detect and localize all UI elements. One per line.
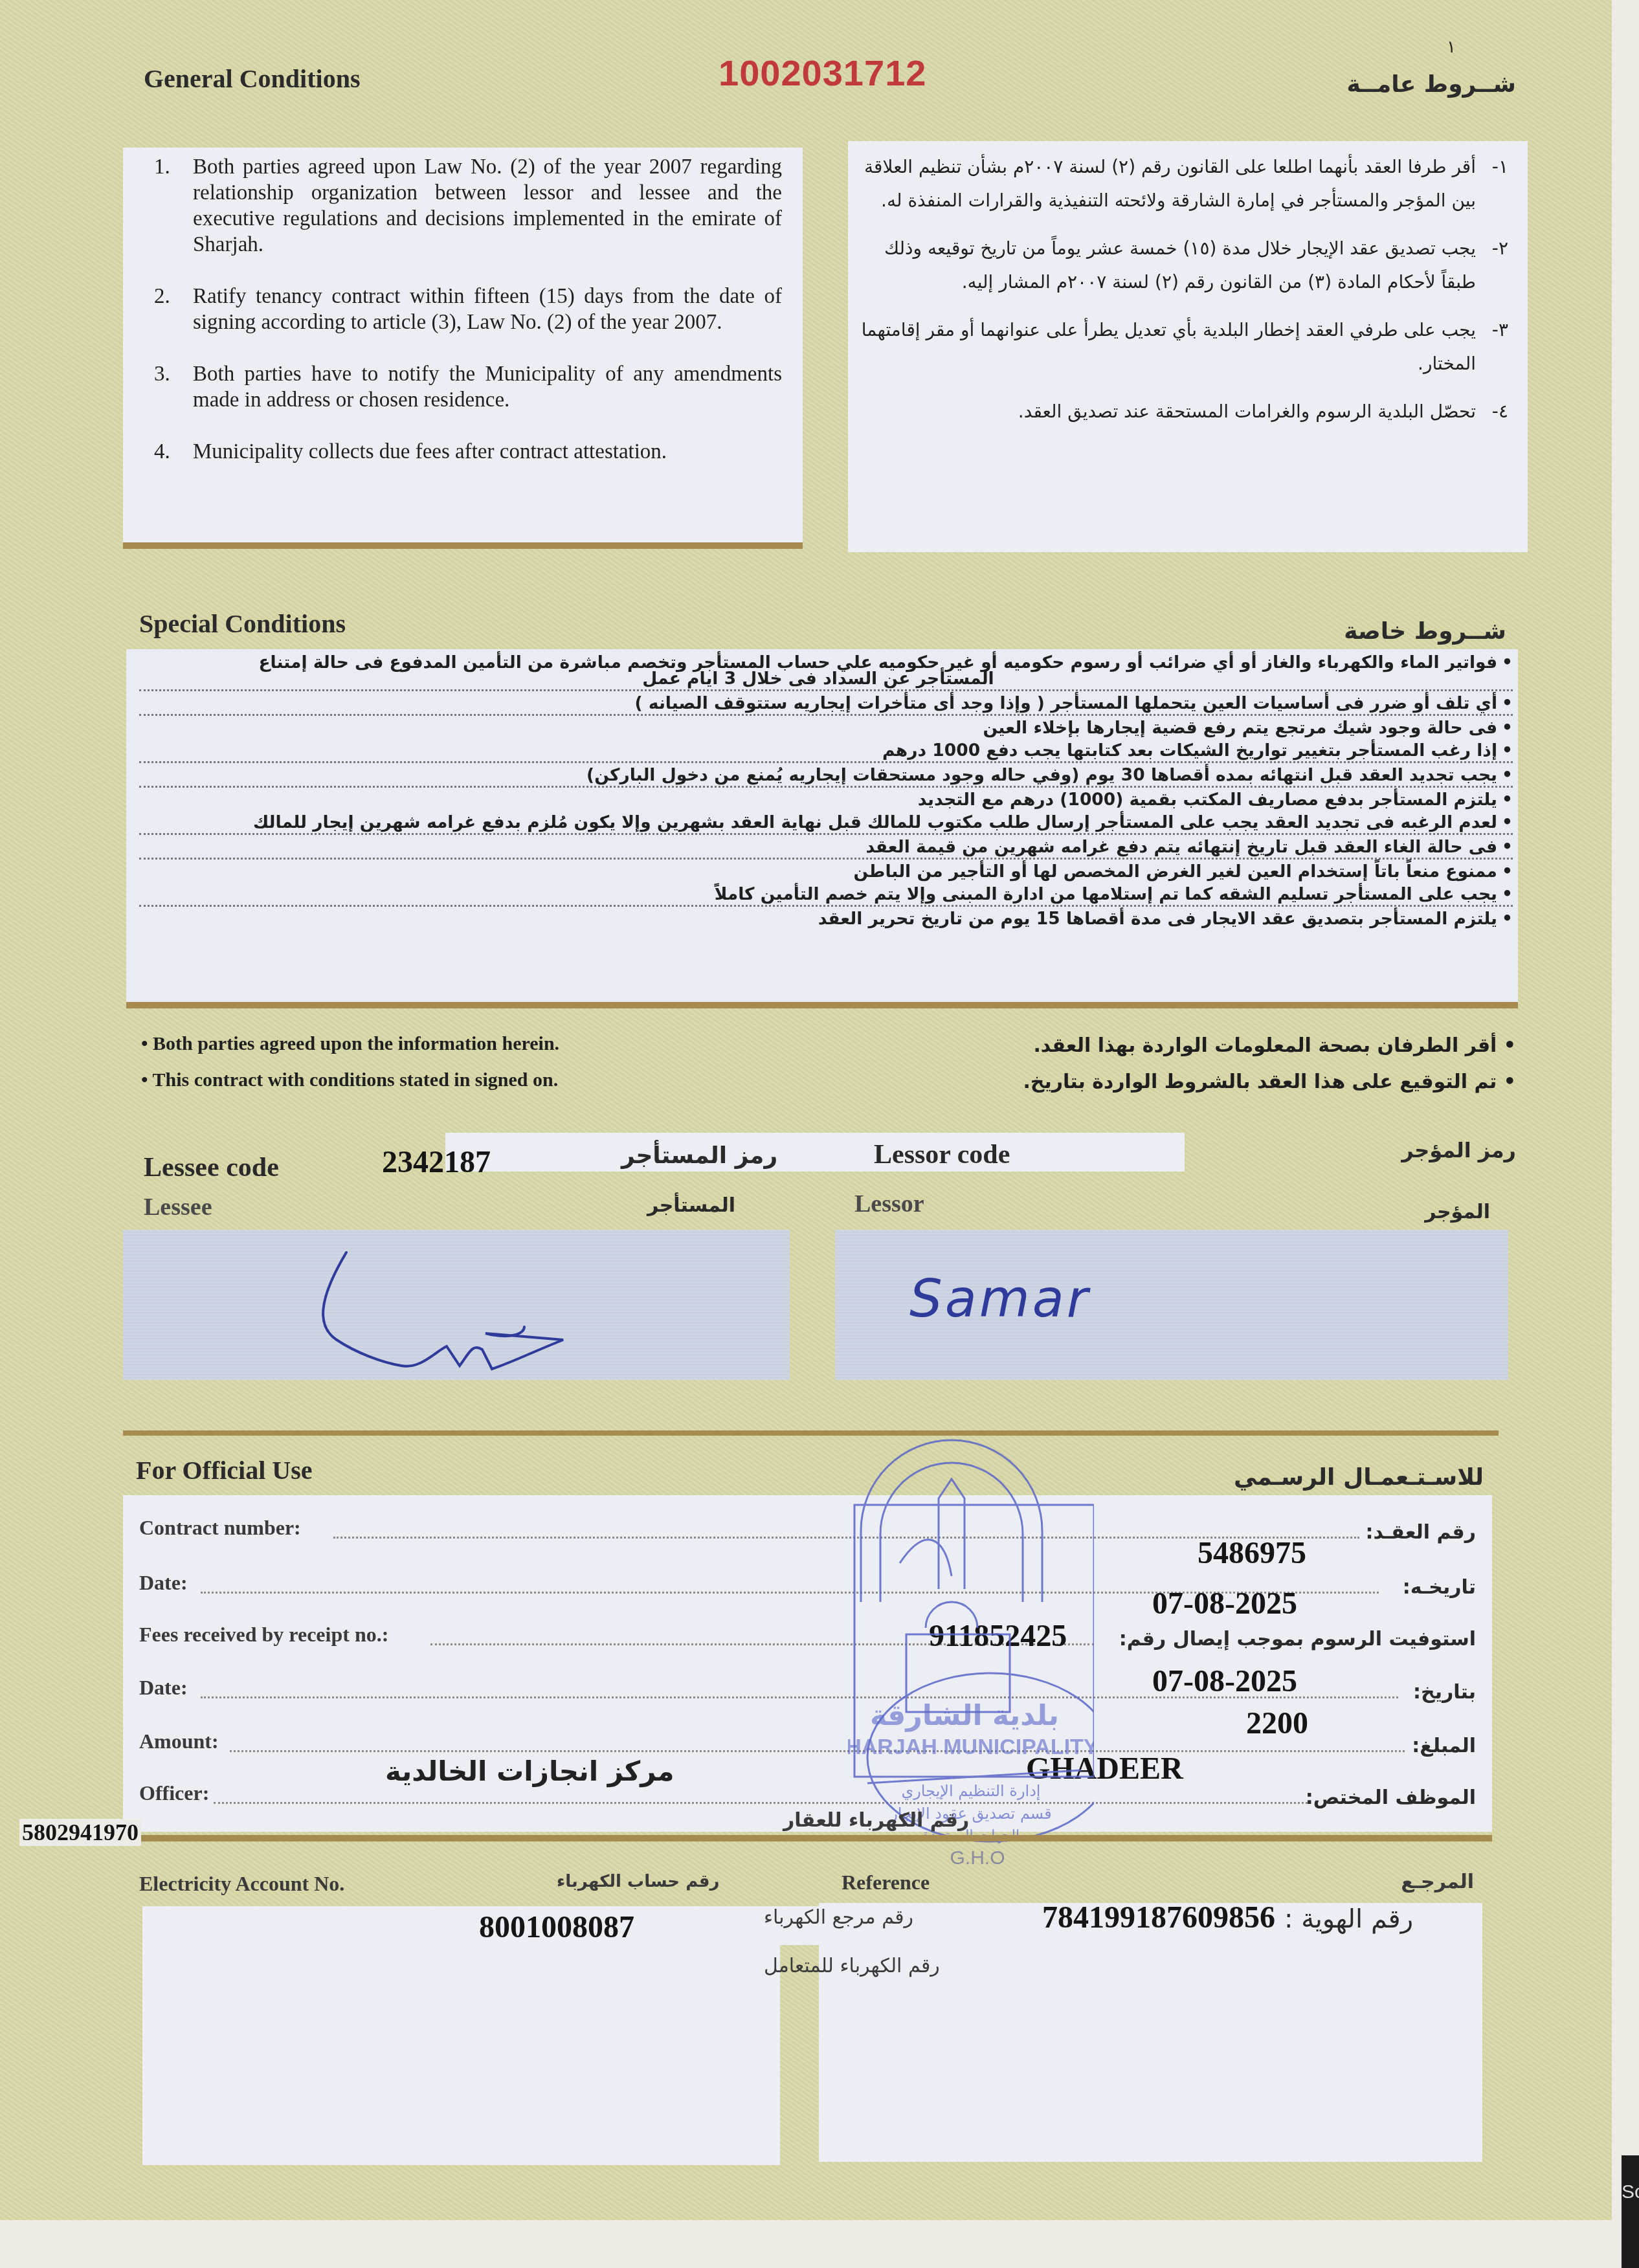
lessor-code-label-ar: رمز المؤجر <box>1401 1138 1516 1162</box>
reference-label-ar: المرجـع <box>1401 1871 1474 1893</box>
fees-date-label-en: Date: <box>139 1676 188 1700</box>
reference-label-en: Reference <box>842 1871 930 1895</box>
cutoff-text: Sc <box>1622 2181 1639 2203</box>
contract-number-label-en: Contract number: <box>139 1516 301 1540</box>
official-use-title-ar: للاسـتـعمـال الرسـمي <box>1234 1464 1484 1491</box>
lessor-code-label-en: Lessor code <box>874 1139 1010 1170</box>
special-condition-item: فى حالة وجود شيك مرتجع يتم رفع قضية إيجا… <box>139 716 1513 739</box>
special-conditions-list: فواتير الماء والكهرباء والغاز أو أي ضرائ… <box>126 649 1518 929</box>
lessee-signature-box[interactable] <box>123 1230 790 1380</box>
officer-center-value[interactable]: مركز انجازات الخالدية <box>385 1755 674 1787</box>
general-condition-ar-item: ١-أقر طرفا العقد بأنهما اطلعا على القانو… <box>861 150 1508 217</box>
fees-receipt-row: Fees received by receipt no.: استوفيت ال… <box>139 1618 1476 1651</box>
svg-text:SHARJAH MUNICIPALITY: SHARJAH MUNICIPALITY <box>848 1735 1094 1759</box>
serial-number: 1002031712 <box>719 52 926 94</box>
special-condition-item: فواتير الماء والكهرباء والغاز أو أي ضرائ… <box>139 650 1513 691</box>
customer-electricity-label-ar: رقم الكهرباء للمتعامل <box>764 1955 940 1977</box>
background-object: Sc <box>1622 2155 1639 2268</box>
general-conditions-title-en: General Conditions <box>144 63 360 94</box>
corner-mark: ١ <box>1447 38 1456 57</box>
special-conditions-title-ar: شــروط خاصة <box>1344 618 1506 645</box>
electricity-account-value[interactable]: 8001008087 <box>479 1909 634 1945</box>
fees-receipt-label-ar: استوفيت الرسوم بموجب إيصال رقم: <box>1119 1628 1476 1651</box>
svg-text:بلدية الشارقة: بلدية الشارقة <box>870 1699 1059 1732</box>
sharjah-municipality-stamp-icon: بلدية الشارقة SHARJAH MUNICIPALITY إدارة… <box>848 1421 1094 1867</box>
lessor-signature-box[interactable]: Samar <box>835 1230 1508 1380</box>
lessor-label-ar: المؤجر <box>1425 1201 1490 1223</box>
fees-receipt-label-en: Fees received by receipt no.: <box>139 1623 388 1647</box>
special-condition-item: إذا رغب المستأجر بتغيير تواريخ الشيكات ب… <box>139 739 1513 763</box>
special-condition-item: لعدم الرغبه فى تجديد العقد يجب على المست… <box>139 810 1513 835</box>
special-condition-item: يلتزم المستأجر بدفع مصاريف المكتب بقمية … <box>139 788 1513 810</box>
lessee-code-label-ar: رمز المستأجر <box>621 1142 777 1169</box>
electricity-account-label-en: Electricity Account No. <box>139 1872 344 1896</box>
id-number-label-ar: رقم الهوية : <box>1284 1904 1413 1934</box>
special-conditions-box: فواتير الماء والكهرباء والغاز أو أي ضرائ… <box>126 649 1518 1008</box>
id-number-line: رقم الهوية : 784199187609856 <box>1042 1900 1413 1935</box>
agreement-en: • Both parties agreed upon the informati… <box>141 1026 559 1098</box>
agreement-en-line: • Both parties agreed upon the informati… <box>141 1026 559 1062</box>
amount-label-en: Amount: <box>139 1729 219 1753</box>
general-condition-ar-item: ٣-يجب على طرفي العقد إخطار البلدية بأي ت… <box>861 313 1508 381</box>
general-condition-en-item: 1.Both parties agreed upon Law No. (2) o… <box>154 154 782 258</box>
special-conditions-title-en: Special Conditions <box>139 608 346 639</box>
dotted-line <box>230 1750 1405 1752</box>
general-conditions-ar-list: ١-أقر طرفا العقد بأنهما اطلعا على القانو… <box>848 141 1528 428</box>
lessee-code-label-en: Lessee code <box>144 1152 279 1183</box>
general-condition-en-item: 3.Both parties have to notify the Munici… <box>154 361 782 413</box>
fees-date-label-ar: بتاريخ: <box>1413 1681 1476 1704</box>
officer-label-en: Officer: <box>139 1781 209 1805</box>
page-edge <box>1612 0 1639 2268</box>
reference-box <box>819 1903 1482 2162</box>
divider <box>123 1430 1499 1436</box>
officer-row: Officer: الموظف المختص: <box>139 1777 1476 1809</box>
agreement-ar-line: • أقر الطرفان بصحة المعلومات الواردة بهذ… <box>1023 1028 1516 1064</box>
svg-text:G.H.O: G.H.O <box>950 1847 1005 1867</box>
special-condition-item: يلتزم المستأجر بتصديق عقد الايجار فى مدة… <box>139 907 1513 929</box>
date-label-en: Date: <box>139 1571 188 1595</box>
officer-label-ar: الموظف المختص: <box>1306 1786 1476 1809</box>
svg-text:إدارة التنظيم الإيجاري: إدارة التنظيم الإيجاري <box>901 1782 1040 1801</box>
divider <box>123 1835 1492 1841</box>
agreement-en-line: • This contract with conditions stated i… <box>141 1062 559 1098</box>
property-electricity-label-ar: رقم الكهرباء للعقار <box>783 1809 969 1832</box>
general-condition-ar-item: ٢-يجب تصديق عقد الإيجار خلال مدة (١٥) خم… <box>861 232 1508 299</box>
contract-number-label-ar: رقم العقـد: <box>1365 1521 1476 1544</box>
electricity-account-box <box>142 1906 780 2165</box>
property-electricity-number[interactable]: 5802941970 <box>19 1819 141 1846</box>
fees-date-value[interactable]: 07-08-2025 <box>1152 1663 1297 1699</box>
date-label-ar: تاريخـه: <box>1403 1576 1476 1599</box>
electricity-account-label-ar: رقم حساب الكهرباء <box>557 1872 720 1891</box>
special-condition-item: يجب تجديد العقد قبل انتهائه بمده أقصاها … <box>139 763 1513 788</box>
lessee-code-value[interactable]: 2342187 <box>382 1144 491 1180</box>
lessee-signature-icon <box>123 1230 790 1380</box>
general-conditions-en-list: 1.Both parties agreed upon Law No. (2) o… <box>123 148 803 465</box>
general-conditions-title-ar: شــروط عامــة <box>1346 71 1516 98</box>
special-condition-item: أي تلف أو ضرر فى أساسيات العين يتحملها ا… <box>139 691 1513 716</box>
lessor-label-en: Lessor <box>854 1190 924 1218</box>
special-condition-item: ممنوع منعاً باتاً إستخدام العين لغير الغ… <box>139 860 1513 882</box>
contract-date-value[interactable]: 07-08-2025 <box>1152 1586 1297 1621</box>
contract-number-value[interactable]: 5486975 <box>1198 1535 1306 1571</box>
agreement-ar-line: • تم التوقيع على هذا العقد بالشروط الوار… <box>1023 1064 1516 1100</box>
lessor-code-value[interactable] <box>1049 1139 1178 1168</box>
lessee-label-ar: المستأجر <box>647 1194 735 1217</box>
lessor-signature: Samar <box>909 1269 1091 1329</box>
general-conditions-en-box: 1.Both parties agreed upon Law No. (2) o… <box>123 148 803 549</box>
special-condition-item: فى حالة الغاء العقد قبل تاريخ إنتهائه يت… <box>139 835 1513 860</box>
agreement-ar: • أقر الطرفان بصحة المعلومات الواردة بهذ… <box>1023 1028 1516 1100</box>
electricity-reference-label-ar: رقم مرجع الكهرباء <box>764 1906 913 1929</box>
general-condition-en-item: 2.Ratify tenancy contract within fifteen… <box>154 283 782 335</box>
page-bottom-edge <box>0 2220 1615 2268</box>
id-number-value[interactable]: 784199187609856 <box>1042 1900 1275 1935</box>
municipality-stamp: بلدية الشارقة SHARJAH MUNICIPALITY إدارة… <box>848 1421 1094 1867</box>
general-condition-en-item: 4.Municipality collects due fees after c… <box>154 439 782 465</box>
dotted-line <box>214 1802 1308 1804</box>
amount-value[interactable]: 2200 <box>1246 1706 1308 1741</box>
special-condition-item: يجب على المستأجر تسليم الشقه كما تم إستل… <box>139 882 1513 907</box>
lessee-label-en: Lessee <box>144 1193 212 1221</box>
general-condition-ar-item: ٤-تحصّل البلدية الرسوم والغرامات المستحق… <box>861 395 1508 428</box>
official-use-title-en: For Official Use <box>136 1455 313 1485</box>
amount-label-ar: المبلغ: <box>1412 1735 1476 1757</box>
general-conditions-ar-box: ١-أقر طرفا العقد بأنهما اطلعا على القانو… <box>848 141 1528 552</box>
